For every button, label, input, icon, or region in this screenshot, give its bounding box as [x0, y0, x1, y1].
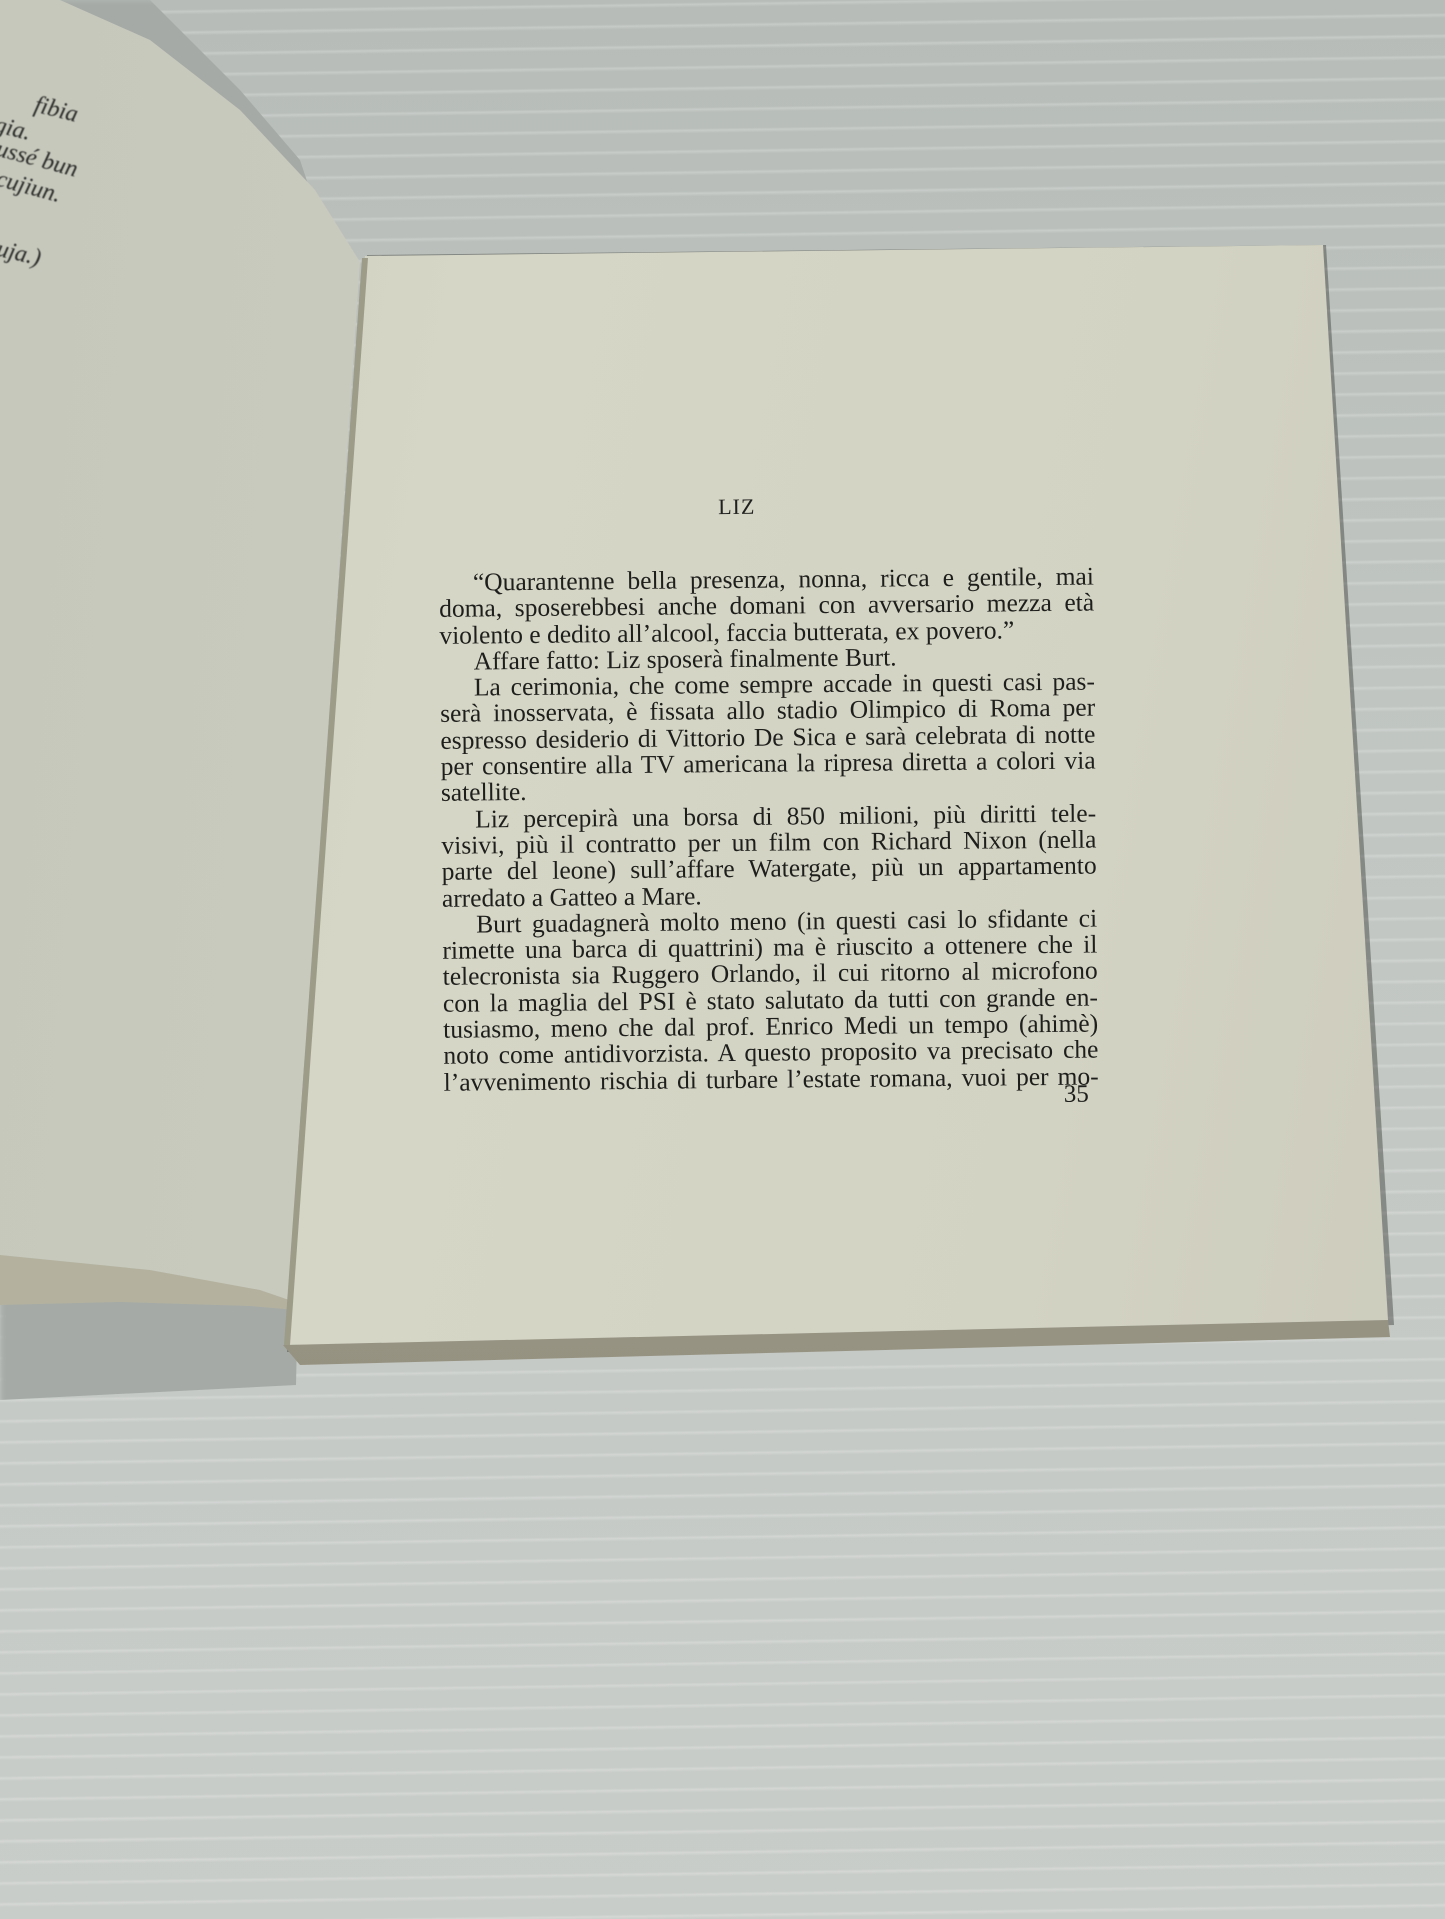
text-line: l’avvenimento rischia di turbare l’estat… [444, 1063, 1099, 1096]
photo-scene: fibia gia. ussé bun cujiun. uja.) LIZ “Q… [0, 0, 1445, 1919]
page-number: 35 [1064, 1081, 1089, 1109]
paragraph: “Quarantenne bella presenza, nonna, ricc… [439, 564, 1095, 649]
paragraph: Liz percepirà una borsa di 850 milioni, … [441, 800, 1097, 911]
paragraph: Burt guadagnerà molto meno (in questi ca… [442, 905, 1099, 1095]
paragraph: La cerimonia, che come sempre accade in … [440, 669, 1096, 807]
text-line: per consentire alla TV americana la ripr… [441, 748, 1096, 781]
body-text: “Quarantenne bella presenza, nonna, ricc… [439, 564, 1099, 1096]
chapter-title: LIZ [718, 494, 755, 520]
